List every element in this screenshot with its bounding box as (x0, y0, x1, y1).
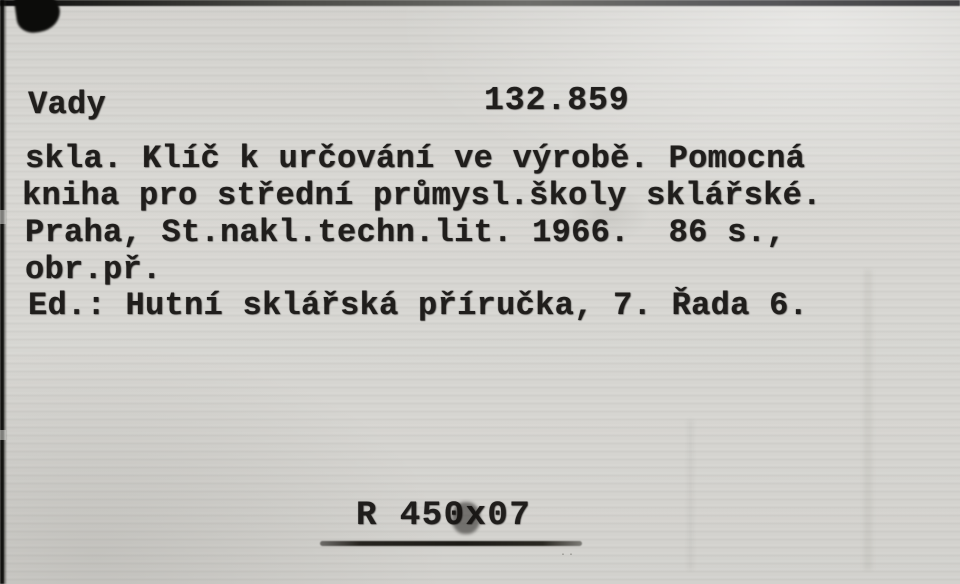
body-line: kniha pro střední průmysl.školy sklářské… (22, 177, 822, 214)
ink-blot (452, 502, 480, 534)
scan-corner-blob (14, 0, 63, 35)
scan-top-edge (0, 0, 960, 6)
scan-dots: ·· (560, 550, 582, 556)
body-line: obr.př. (25, 251, 162, 288)
body-line: Ed.: Hutní sklářská příručka, 7. Řada 6. (28, 287, 808, 324)
body-line: Praha, St.nakl.techn.lit. 1966. 86 s., (25, 214, 786, 251)
catalog-number: 132.859 (484, 82, 630, 119)
scan-left-edge-break (0, 210, 6, 224)
scan-left-edge (0, 0, 7, 584)
subject-heading: Vady (28, 86, 106, 123)
scan-streak (688, 420, 693, 570)
shelf-mark-underline (320, 541, 582, 546)
shelf-mark: R 450x07 (356, 497, 531, 535)
catalog-card: Vady 132.859 skla. Klíč k určování ve vý… (0, 0, 960, 584)
scan-left-edge-break (0, 430, 6, 440)
scan-streak (864, 270, 872, 570)
body-line: skla. Klíč k určování ve výrobě. Pomocná (25, 140, 805, 177)
